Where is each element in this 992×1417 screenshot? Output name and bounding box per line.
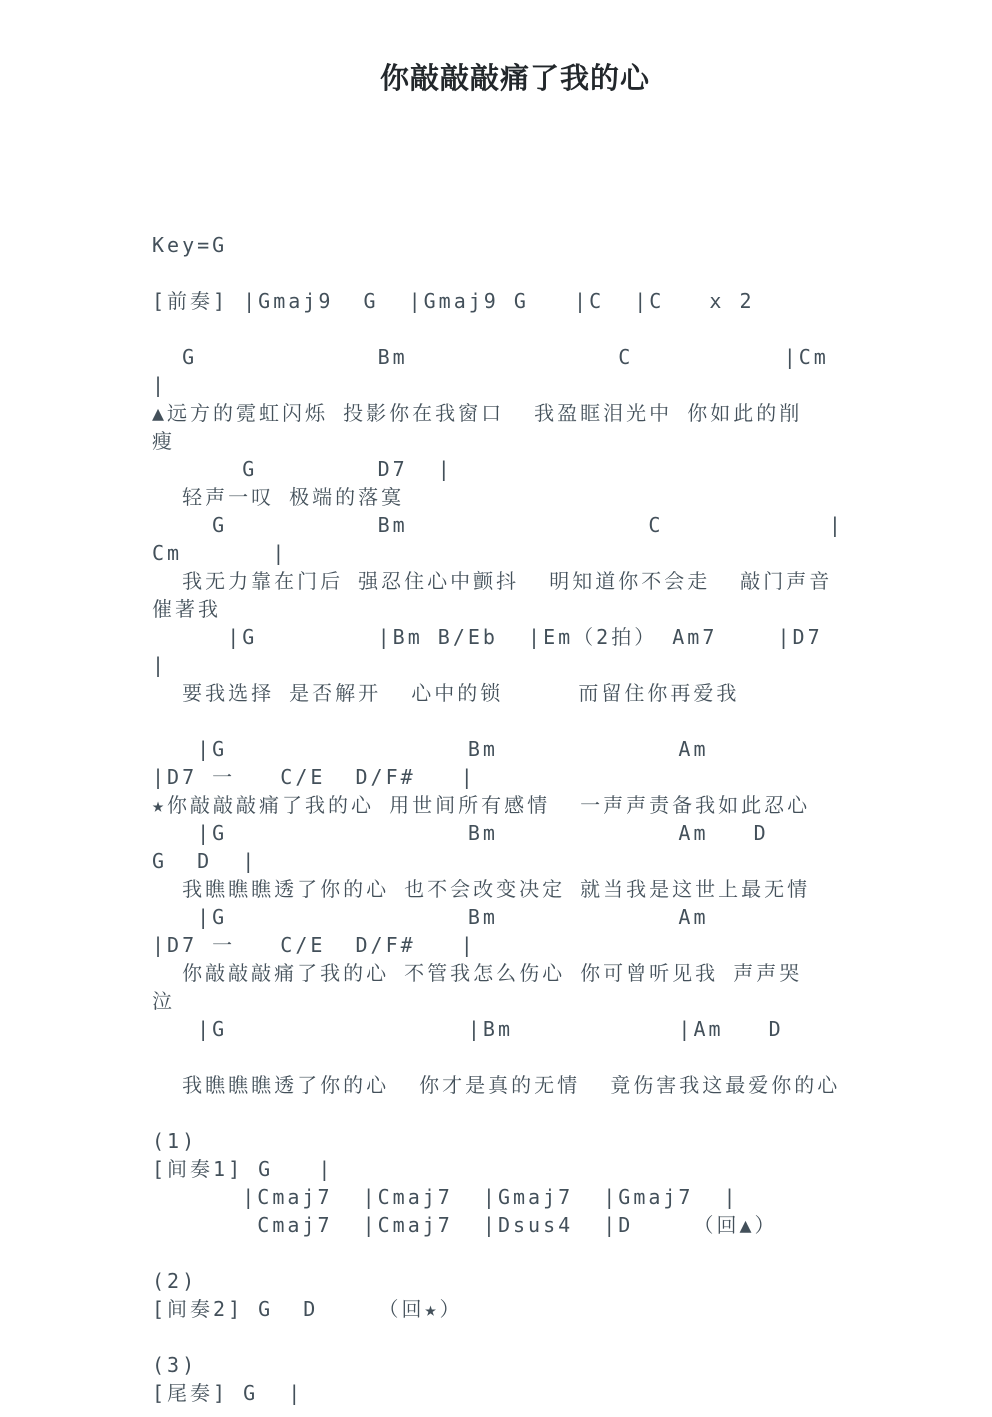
sheet-line: [152, 707, 992, 735]
sheet-line: |D7 一 C/E D/F# |: [152, 931, 992, 959]
sheet-line: |G Bm Am: [152, 903, 992, 931]
sheet-line: Key=G: [152, 231, 992, 259]
sheet-line: ▲远方的霓虹闪烁 投影你在我窗口 我盈眶泪光中 你如此的削: [152, 399, 992, 427]
sheet-line: 瘦: [152, 427, 992, 455]
sheet-line: (3): [152, 1351, 992, 1379]
sheet-line: [间奏1] G |: [152, 1155, 992, 1183]
sheet-line: (1): [152, 1127, 992, 1155]
sheet-body: Key=G[前奏] |Gmaj9 G |Gmaj9 G |C |C x 2 G …: [152, 147, 992, 1407]
sheet-line: Cmaj7 |Cmaj7 |Dsus4 |D （回▲）: [152, 1211, 992, 1239]
sheet-line: |G Bm Am: [152, 735, 992, 763]
sheet-line: 我瞧瞧瞧透了你的心 你才是真的无情 竟伤害我这最爱你的心: [152, 1071, 992, 1099]
sheet-line: ★你敲敲敲痛了我的心 用世间所有感情 一声声责备我如此忍心: [152, 791, 992, 819]
sheet-line: 要我选择 是否解开 心中的锁 而留住你再爱我: [152, 679, 992, 707]
sheet-line: |: [152, 371, 992, 399]
sheet-line: G D |: [152, 847, 992, 875]
sheet-line: G D7 |: [152, 455, 992, 483]
sheet-line: [152, 1043, 992, 1071]
sheet-line: 泣: [152, 987, 992, 1015]
sheet-line: 轻声一叹 极端的落寞: [152, 483, 992, 511]
sheet-line: [间奏2] G D （回★）: [152, 1295, 992, 1323]
sheet-line: [152, 1239, 992, 1267]
sheet-line: Cm |: [152, 539, 992, 567]
sheet-line: G Bm C |Cm: [152, 343, 992, 371]
sheet-line: 催著我: [152, 595, 992, 623]
sheet-line: [152, 1323, 992, 1351]
sheet-line: (2): [152, 1267, 992, 1295]
sheet-line: |G |Bm B/Eb |Em（2拍） Am7 |D7: [152, 623, 992, 651]
sheet-line: |D7 一 C/E D/F# |: [152, 763, 992, 791]
sheet-line: 我瞧瞧瞧透了你的心 也不会改变决定 就当我是这世上最无情: [152, 875, 992, 903]
sheet-line: [152, 1099, 992, 1127]
sheet-line: [尾奏] G |: [152, 1379, 992, 1407]
sheet-line: |G |Bm |Am D: [152, 1015, 992, 1043]
chord-sheet-page: 你敲敲敲痛了我的心 Key=G[前奏] |Gmaj9 G |Gmaj9 G |C…: [0, 0, 992, 1417]
sheet-line: [152, 259, 992, 287]
song-title: 你敲敲敲痛了我的心: [152, 0, 878, 97]
sheet-line: |G Bm Am D: [152, 819, 992, 847]
sheet-line: |: [152, 651, 992, 679]
sheet-line: [152, 315, 992, 343]
sheet-line: G Bm C |: [152, 511, 992, 539]
sheet-line: 我无力靠在门后 强忍住心中颤抖 明知道你不会走 敲门声音: [152, 567, 992, 595]
sheet-line: 你敲敲敲痛了我的心 不管我怎么伤心 你可曾听见我 声声哭: [152, 959, 992, 987]
sheet-line: |Cmaj7 |Cmaj7 |Gmaj7 |Gmaj7 |: [152, 1183, 992, 1211]
sheet-line: [前奏] |Gmaj9 G |Gmaj9 G |C |C x 2: [152, 287, 992, 315]
